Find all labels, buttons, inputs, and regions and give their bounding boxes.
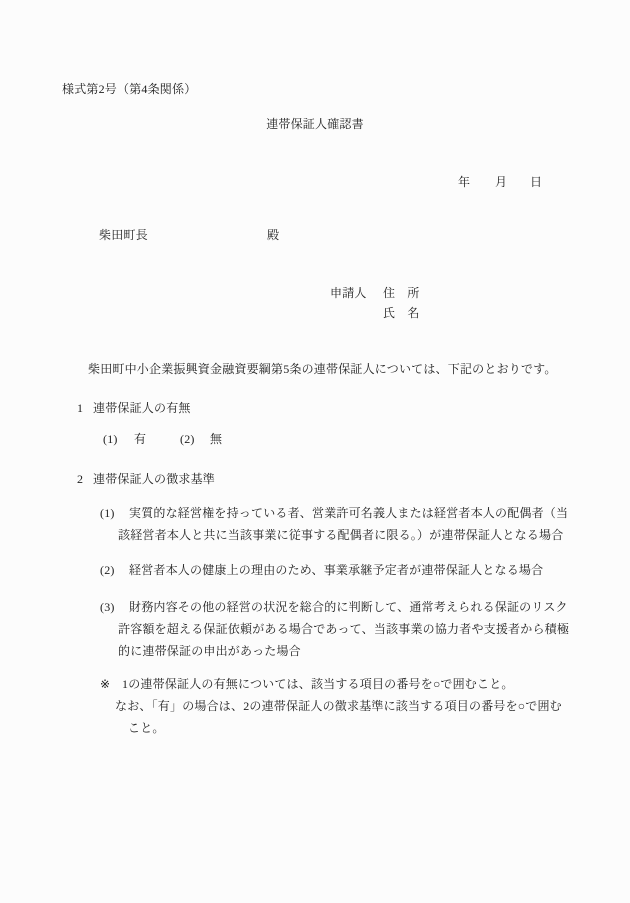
- applicant-name-label: 氏 名: [383, 307, 420, 319]
- option-2-label: 無: [210, 433, 222, 445]
- applicant-address-label: 住 所: [383, 287, 420, 299]
- date-year-label: 年: [458, 176, 470, 188]
- form-number: 様式第2号（第4条関係）: [62, 83, 196, 95]
- document-page: 様式第2号（第4条関係） 連帯保証人確認書 年 月 日 柴田町長 殿 申請人 住…: [0, 0, 630, 903]
- option-1-number: (1): [103, 433, 118, 445]
- section-2-heading: 連帯保証人の徴求基準: [93, 473, 215, 485]
- item-3-text-line-2: 許容額を超える保証依頼がある場合であって、当該事業の協力者や支援者から積極: [118, 623, 569, 635]
- intro-paragraph: 柴田町中小企業振興資金融資要綱第5条の連帯保証人については、下記のとおりです。: [88, 363, 557, 375]
- option-1-label: 有: [134, 433, 146, 445]
- date-month-label: 月: [495, 176, 507, 188]
- item-2-text-line-1: 経営者本人の健康上の理由のため、事業承継予定者が連帯保証人となる場合: [129, 564, 543, 576]
- document-title: 連帯保証人確認書: [0, 118, 630, 130]
- item-3-text-line-1: 財務内容その他の経営の状況を総合的に判断して、通常考えられる保証のリスク: [129, 601, 568, 613]
- option-2-number: (2): [180, 433, 195, 445]
- section-2-number: 2: [77, 473, 83, 485]
- date-day-label: 日: [530, 176, 542, 188]
- addressee-name: 柴田町長: [99, 229, 148, 241]
- footnote-marker: ※: [100, 678, 110, 690]
- section-1-heading: 連帯保証人の有無: [93, 402, 191, 414]
- addressee-honorific: 殿: [267, 229, 279, 241]
- footnote-line-2: なお、「有」の場合は、2の連帯保証人の徴求基準に該当する項目の番号を○で囲む: [115, 700, 562, 712]
- item-1-text-line-2: 該経営者本人と共に当該事業に従事する配偶者に限る。）が連帯保証人となる場合: [118, 529, 563, 541]
- footnote-line-3: こと。: [128, 722, 165, 734]
- item-1-text-line-1: 実質的な経営権を持っている者、営業許可名義人または経営者本人の配偶者（当: [129, 507, 568, 519]
- section-1-number: 1: [77, 402, 83, 414]
- item-3-number: (3): [100, 601, 115, 613]
- footnote-line-1: 1の連帯保証人の有無については、該当する項目の番号を○で囲むこと。: [122, 678, 514, 690]
- applicant-label: 申請人: [330, 287, 367, 299]
- item-1-number: (1): [100, 507, 115, 519]
- item-2-number: (2): [100, 564, 115, 576]
- item-3-text-line-3: 的に連帯保証の申出があった場合: [118, 645, 301, 657]
